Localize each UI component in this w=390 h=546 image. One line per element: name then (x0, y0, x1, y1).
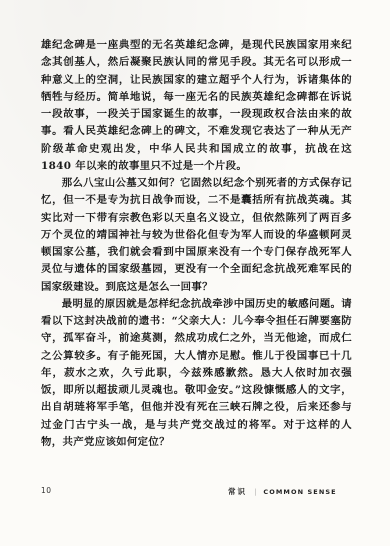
body-paragraph-continuation: 雄纪念碑是一座典型的无名英雄纪念碑，是现代民族国家用来纪念其创基人，然后凝聚民族… (41, 37, 352, 175)
running-title: 常识 | COMMON SENSE (228, 486, 337, 497)
body-paragraph: 那么八宝山公墓又如何？它固然以纪念个别死者的方式保存记忆，但一不是专为抗日战争而… (41, 175, 352, 296)
body-paragraph: 最明显的原因就是怎样纪念抗战牵涉中国历史的敏感问题。请看以下这封决战前的遗书：“… (41, 296, 352, 451)
footer-book-subtitle: COMMON SENSE (263, 488, 336, 496)
page-footer: 10 常识 | COMMON SENSE (41, 486, 352, 498)
page-number: 10 (41, 486, 52, 495)
page-text-block: 雄纪念碑是一座典型的无名英雄纪念碑，是现代民族国家用来纪念其创基人，然后凝聚民族… (41, 37, 352, 451)
footer-separator: | (254, 488, 256, 496)
book-page: 雄纪念碑是一座典型的无名英雄纪念碑，是现代民族国家用来纪念其创基人，然后凝聚民族… (0, 0, 390, 546)
footer-book-title: 常识 (228, 486, 247, 497)
